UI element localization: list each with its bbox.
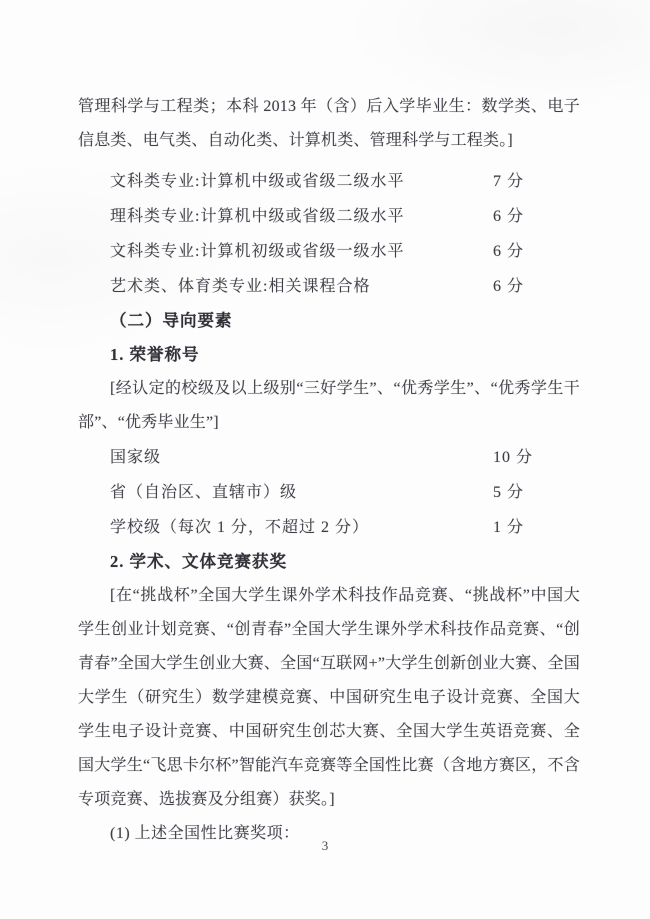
scanned-document-page: 管理科学与工程类；本科 2013 年（含）后入学毕业生：数学类、电子信息类、电气…	[0, 0, 650, 919]
section-heading-guidance-factors: （二）导向要素	[78, 304, 580, 338]
score-row-national-level: 国家级 10 分	[78, 440, 580, 475]
score-row-liberal-arts-mid: 文科类专业:计算机中级或省级二级水平 7 分	[78, 164, 580, 199]
score-row-provincial-level: 省（自治区、直辖市）级 5 分	[78, 475, 580, 510]
computer-level-score-table: 文科类专业:计算机中级或省级二级水平 7 分 理科类专业:计算机中级或省级二级水…	[78, 164, 580, 304]
score-value: 6 分	[493, 199, 524, 234]
score-row-label: 国家级	[110, 449, 161, 466]
score-row-label: 学校级（每次 1 分，不超过 2 分）	[110, 519, 369, 536]
score-row-label: 省（自治区、直辖市）级	[110, 484, 297, 501]
score-row-label: 文科类专业:计算机初级或省级一级水平	[110, 243, 404, 260]
score-row-art-sports: 艺术类、体育类专业:相关课程合格 6 分	[78, 269, 580, 304]
score-value: 6 分	[493, 269, 524, 304]
score-row-label: 文科类专业:计算机中级或省级二级水平	[110, 173, 404, 190]
score-value: 5 分	[493, 475, 524, 510]
intro-paragraph: 管理科学与工程类；本科 2013 年（含）后入学毕业生：数学类、电子信息类、电气…	[78, 90, 580, 158]
score-row-label: 理科类专业:计算机中级或省级二级水平	[110, 208, 404, 225]
competition-awards-note: [在“挑战杯”全国大学生课外学术科技作品竞赛、“挑战杯”中国大学生创业计划竞赛、…	[78, 579, 580, 817]
page-content: 管理科学与工程类；本科 2013 年（含）后入学毕业生：数学类、电子信息类、电气…	[78, 90, 580, 851]
score-value: 10 分	[493, 440, 533, 475]
score-row-label: 艺术类、体育类专业:相关课程合格	[110, 278, 370, 295]
score-row-science-mid: 理科类专业:计算机中级或省级二级水平 6 分	[78, 199, 580, 234]
honor-score-table: 国家级 10 分 省（自治区、直辖市）级 5 分 学校级（每次 1 分，不超过 …	[78, 440, 580, 545]
score-row-liberal-arts-elementary: 文科类专业:计算机初级或省级一级水平 6 分	[78, 234, 580, 269]
honor-titles-note: [经认定的校级及以上级别“三好学生”、“优秀学生”、“优秀学生干部”、“优秀毕业…	[78, 372, 580, 440]
subheading-competition-awards: 2. 学术、文体竞赛获奖	[78, 545, 580, 579]
score-value: 6 分	[493, 234, 524, 269]
page-number: 3	[0, 836, 650, 856]
score-row-school-level: 学校级（每次 1 分，不超过 2 分） 1 分	[78, 510, 580, 545]
score-value: 1 分	[493, 510, 524, 545]
score-value: 7 分	[493, 164, 524, 199]
subheading-honor-titles: 1. 荣誉称号	[78, 338, 580, 372]
